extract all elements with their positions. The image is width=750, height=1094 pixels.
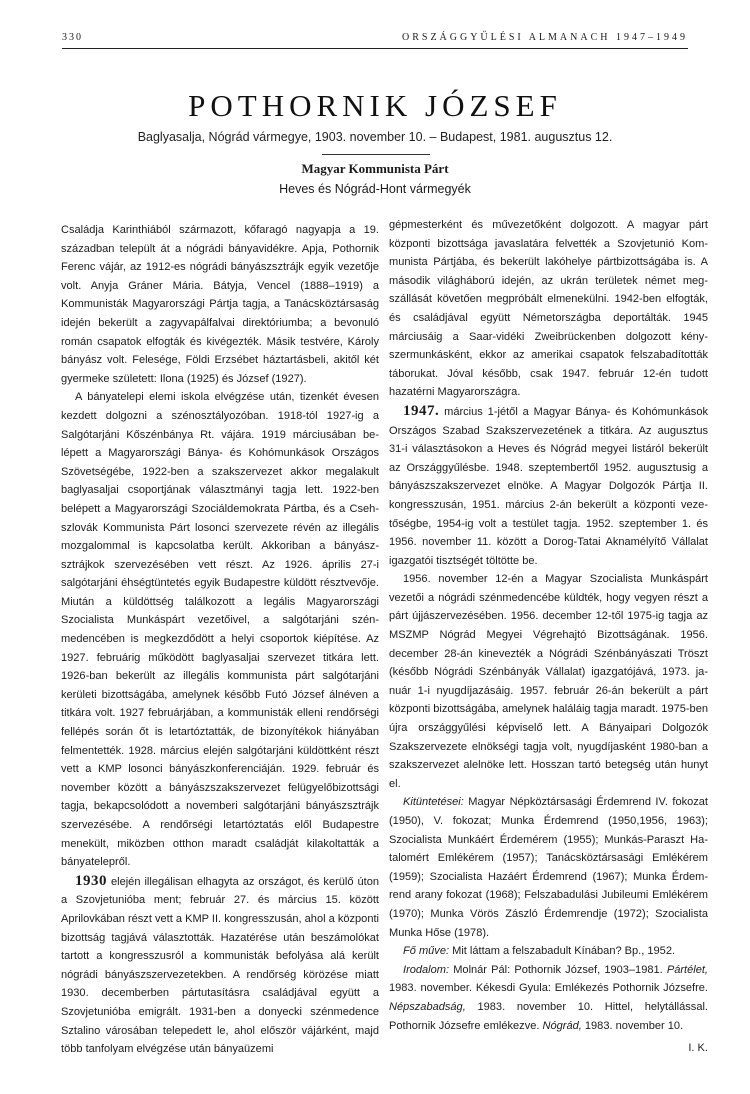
literature-source: Népszabadság,: [389, 1001, 466, 1013]
header-rule: [62, 48, 688, 49]
left-column: Családja Karinthiából származott, kőfara…: [61, 221, 379, 1059]
paragraph-1930: 1930 elején illegálisan elhagyta az orsz…: [61, 872, 379, 1059]
page-number: 330: [62, 32, 83, 43]
paragraph-1930-text: elején illegálisan elhagyta az országot,…: [61, 876, 379, 1055]
literature-text: 1983. november. Kékesdi Gyula: Emlékezés…: [389, 982, 708, 994]
paragraph-literature: Irodalom: Molnár Pál: Pothornik József, …: [389, 961, 708, 1035]
birth-death-line: Baglyasalja, Nógrád vármegye, 1903. nove…: [0, 130, 750, 144]
author-signature: I. K.: [389, 1039, 708, 1058]
paragraph-main-work: Fő műve: Mit láttam a felszabadult Kínáb…: [389, 942, 708, 961]
entry-name: POTHORNIK JÓZSEF: [0, 88, 750, 124]
awards-label: Kitüntetései:: [403, 796, 464, 808]
main-work-text: Mit láttam a felszabadult Kínában? Bp., …: [449, 945, 675, 957]
paragraph-family: Családja Karinthiából származott, kőfara…: [61, 221, 379, 388]
literature-source: Párt­élet,: [667, 964, 708, 976]
running-head: 330 ORSZÁGGYŰLÉSI ALMANACH 1947–1949: [62, 32, 688, 46]
book-title: ORSZÁGGYŰLÉSI ALMANACH 1947–1949: [402, 32, 688, 43]
literature-text: 1983. novem­ber 10.: [582, 1020, 683, 1032]
main-work-label: Fő műve:: [403, 945, 449, 957]
right-column: gépmesterként és művezetőként dolgozott.…: [389, 216, 708, 1058]
party-name: Magyar Kommunista Párt: [0, 161, 750, 177]
year-lead-1930: 1930: [75, 873, 107, 889]
paragraph-awards: Kitüntetései: Magyar Népköztársasági Érd…: [389, 793, 708, 942]
document-page: 330 ORSZÁGGYŰLÉSI ALMANACH 1947–1949 POT…: [0, 0, 750, 1094]
year-lead-1947: 1947.: [403, 403, 439, 419]
awards-text: Magyar Népköztársasági Érdemrend IV. fo­…: [389, 796, 708, 938]
paragraph-soviet-years: gépmesterként és művezetőként dolgozott.…: [389, 216, 708, 402]
paragraph-1947-text: március 1-jétől a Magyar Bánya- és Kohóm…: [389, 406, 708, 567]
constituency: Heves és Nógrád-Hont vármegyék: [0, 182, 750, 196]
literature-text: Molnár Pál: Pothornik József, 1903–1981.: [449, 964, 667, 976]
literature-label: Irodalom:: [403, 964, 449, 976]
paragraph-1956: 1956. november 12-én a Magyar Szocialist…: [389, 570, 708, 793]
paragraph-early-career: A bányatelepi elemi iskola elvégzése utá…: [61, 388, 379, 871]
paragraph-1947: 1947. március 1-jétől a Magyar Bánya- és…: [389, 402, 708, 570]
title-rule: [322, 154, 430, 155]
literature-source: Nógrád,: [543, 1020, 582, 1032]
